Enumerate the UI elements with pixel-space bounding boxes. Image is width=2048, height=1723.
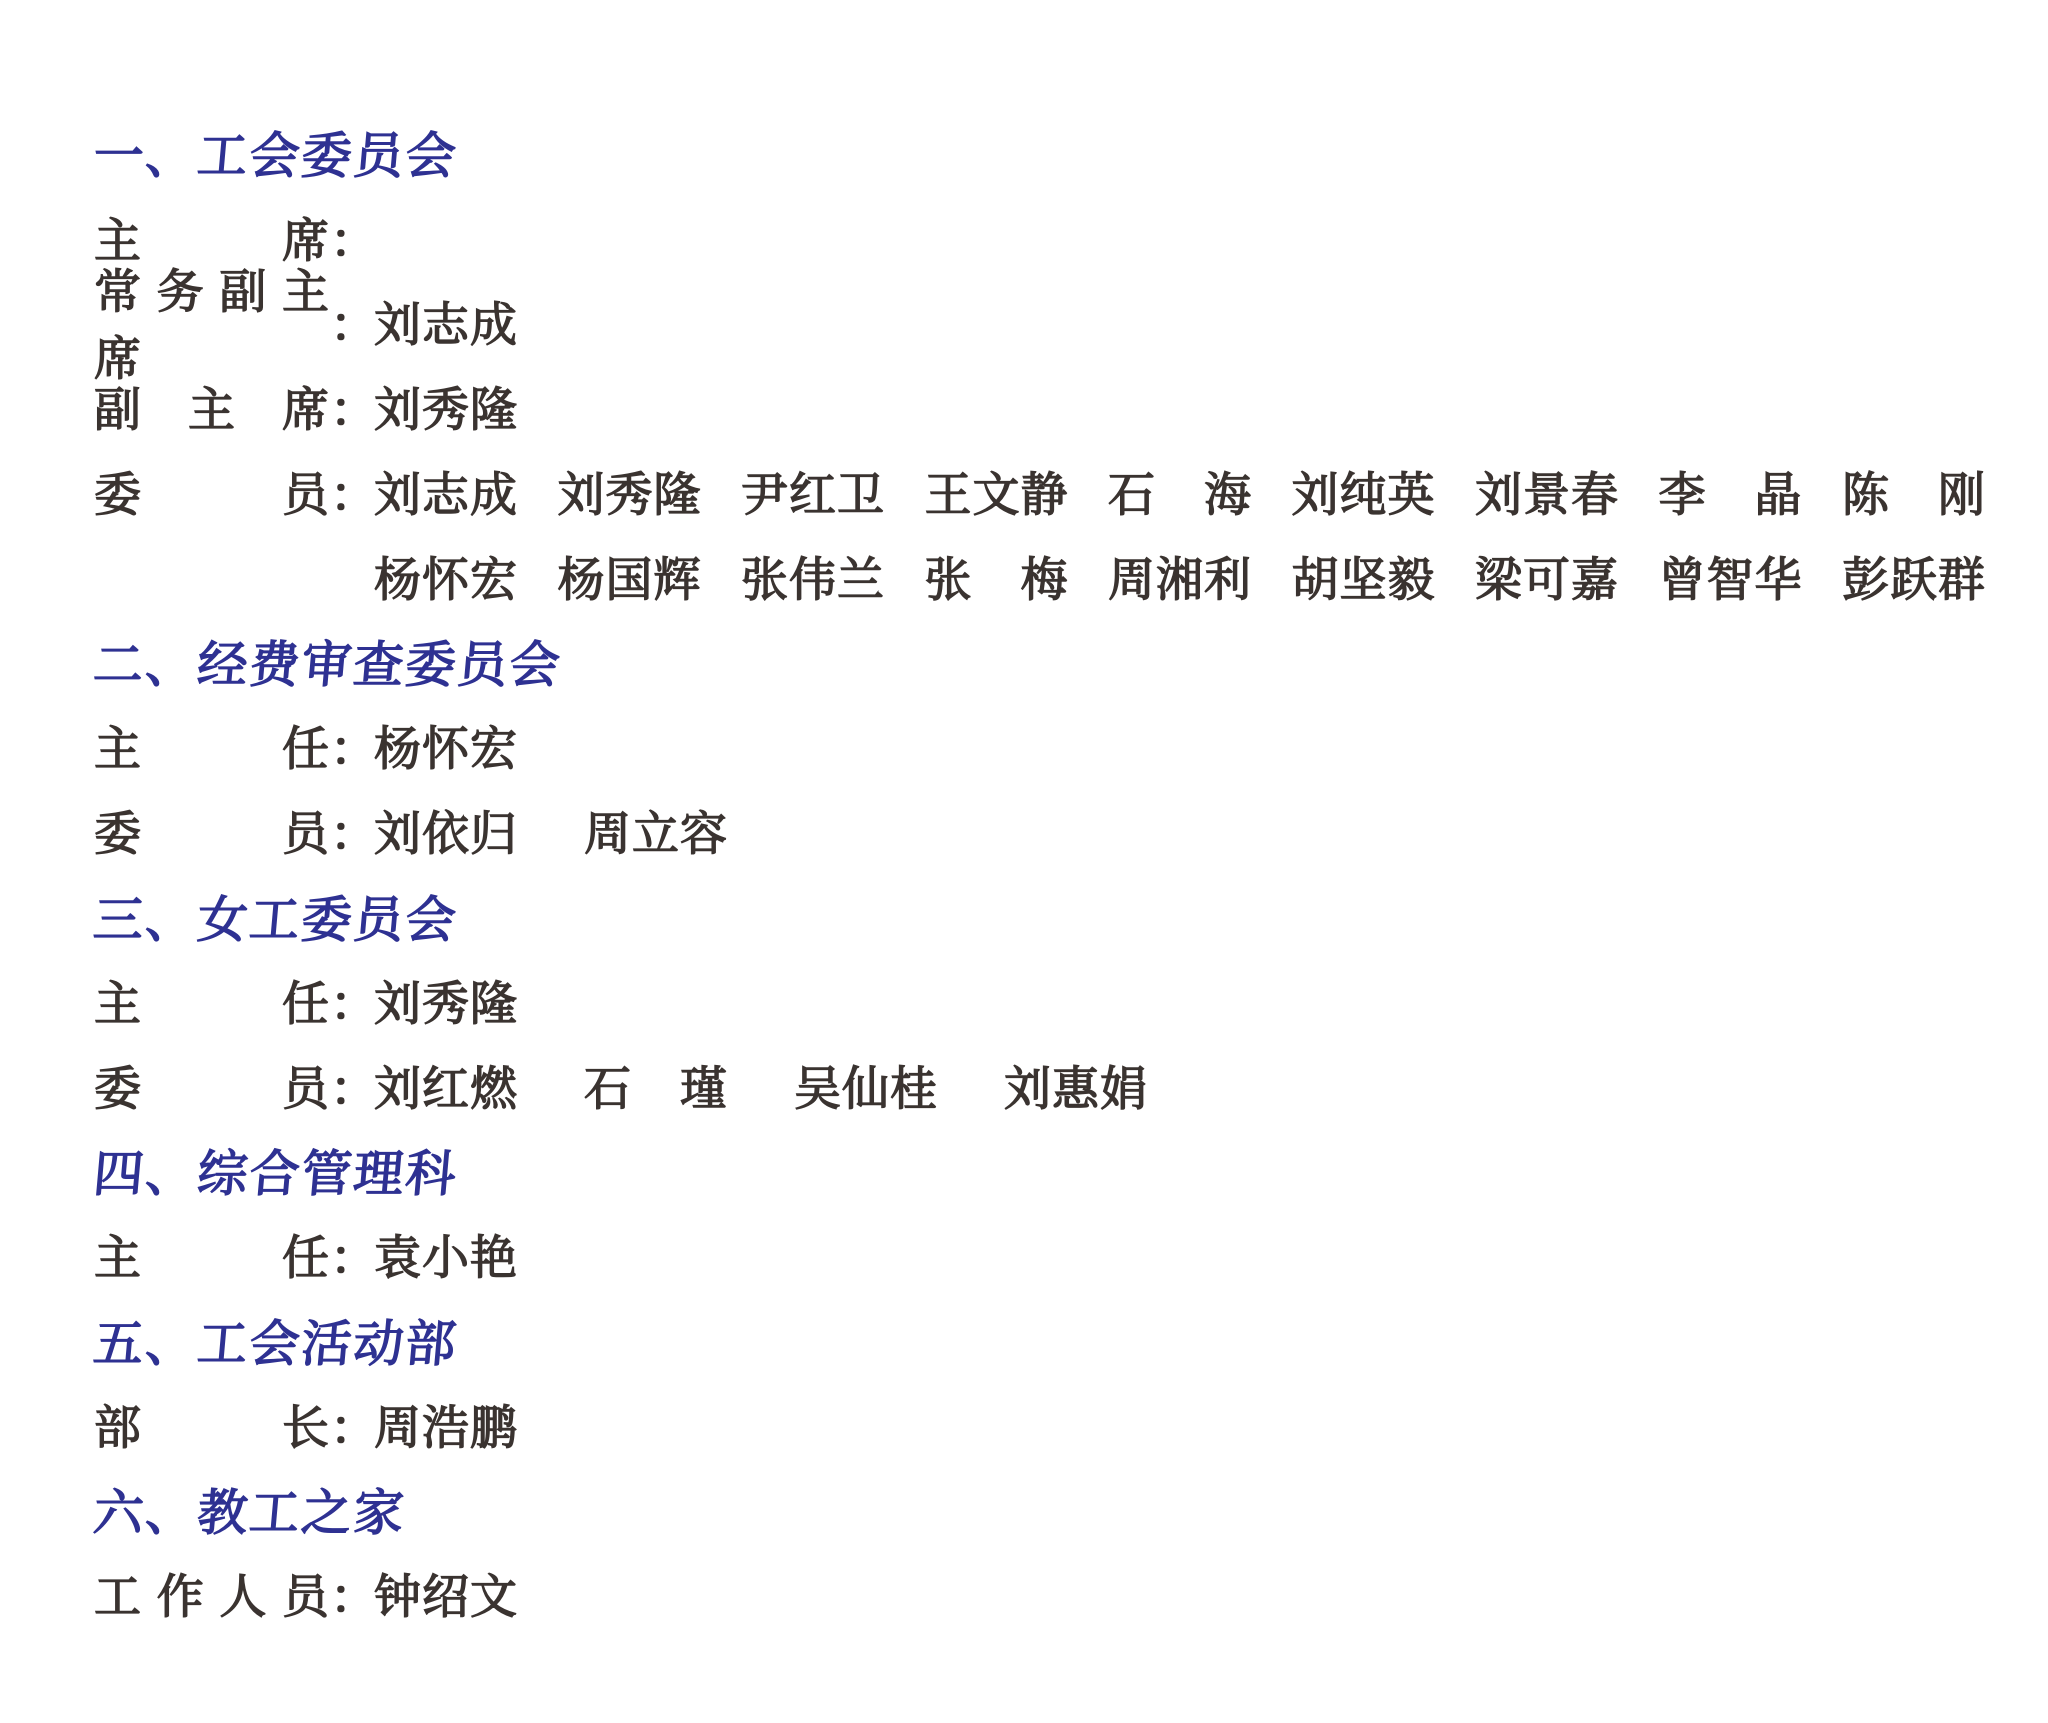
roster-row: 主席 ： xyxy=(94,195,2048,280)
colon: ： xyxy=(330,373,374,440)
person-name: 刘红燃 xyxy=(374,1052,518,1119)
person-name: 石 海 xyxy=(1108,458,1252,525)
roster-row: 部长 ： 周浩鹏 xyxy=(94,1382,2048,1467)
name-list: 刘依归 周立容 xyxy=(374,797,728,864)
person-name: 周立容 xyxy=(584,797,728,864)
colon: ： xyxy=(330,712,374,779)
section-heading: 六、教工之家 xyxy=(91,1473,409,1545)
section-heading-row: 四、综合管理科 xyxy=(94,1128,2048,1213)
section-heading: 一、工会委员会 xyxy=(91,116,461,188)
document-page: 一、工会委员会 主席 ： 常务副主席 ： 刘志成 副主席 ： 刘秀隆 委员 ： … xyxy=(0,0,2048,1723)
colon: ： xyxy=(330,1221,374,1288)
section-heading: 五、工会活动部 xyxy=(91,1304,461,1376)
person-name: 胡坚毅 xyxy=(1292,543,1436,610)
person-name: 刘志成 xyxy=(374,458,518,525)
person-name: 李 晶 xyxy=(1659,458,1803,525)
section-heading-row: 一、工会委员会 xyxy=(94,110,2048,195)
person-name: 杨怀宏 xyxy=(374,712,518,779)
colon: ： xyxy=(330,797,374,864)
person-name: 梁可嘉 xyxy=(1475,543,1619,610)
person-name: 钟绍文 xyxy=(374,1560,518,1627)
section-heading: 四、综合管理科 xyxy=(91,1134,461,1206)
section-heading: 三、女工委员会 xyxy=(91,880,461,952)
roster-row: 主任 ： 袁小艳 xyxy=(94,1212,2048,1297)
person-name: 王文静 xyxy=(925,458,1069,525)
role-label: 工作人员 xyxy=(94,1560,330,1627)
section-heading-row: 三、女工委员会 xyxy=(94,873,2048,958)
colon: ： xyxy=(330,288,374,355)
role-label: 委员 xyxy=(94,458,330,525)
colon: ： xyxy=(330,967,374,1034)
person-name: 吴仙桂 xyxy=(794,1052,938,1119)
colon: ： xyxy=(330,1560,374,1627)
person-name: 杨怀宏 xyxy=(374,543,518,610)
person-name: 刘依归 xyxy=(374,797,518,864)
person-name: 刘秀隆 xyxy=(374,373,518,440)
role-label: 常务副主席 xyxy=(94,255,330,389)
colon: ： xyxy=(330,1391,374,1458)
person-name: 曾智华 xyxy=(1659,543,1803,610)
roster-row: 委员 ： 刘志成 刘秀隆 尹红卫 王文静 石 海 刘纯英 刘景春 李 晶 陈 刚 xyxy=(94,449,2048,534)
name-list: 周浩鹏 xyxy=(374,1391,518,1458)
section-heading-row: 二、经费审查委员会 xyxy=(94,619,2048,704)
person-name: 陈 刚 xyxy=(1842,458,1986,525)
colon: ： xyxy=(330,204,374,271)
person-name: 刘秀隆 xyxy=(374,967,518,1034)
section-heading-row: 六、教工之家 xyxy=(94,1467,2048,1552)
roster-row: 主任 ： 杨怀宏 xyxy=(94,704,2048,789)
person-name: 刘秀隆 xyxy=(558,458,702,525)
person-name: 刘景春 xyxy=(1475,458,1619,525)
name-list: 刘志成 刘秀隆 尹红卫 王文静 石 海 刘纯英 刘景春 李 晶 陈 刚 xyxy=(374,458,1986,525)
roster-row: 委员 ： 刘红燃 石 瑾 吴仙桂 刘惠娟 xyxy=(94,1043,2048,1128)
roster-row: ： 杨怀宏 杨国辉 张伟兰 张 梅 周湘利 胡坚毅 梁可嘉 曾智华 彭跃群 xyxy=(94,534,2048,619)
section-heading-row: 五、工会活动部 xyxy=(94,1297,2048,1382)
roster-row: 工作人员 ： 钟绍文 xyxy=(94,1552,2048,1637)
colon: ： xyxy=(330,1052,374,1119)
person-name: 周湘利 xyxy=(1108,543,1252,610)
name-list: 袁小艳 xyxy=(374,1221,518,1288)
name-list: 刘秀隆 xyxy=(374,967,518,1034)
role-label: 主任 xyxy=(94,1221,330,1288)
name-list: 杨怀宏 xyxy=(374,712,518,779)
name-list: 杨怀宏 杨国辉 张伟兰 张 梅 周湘利 胡坚毅 梁可嘉 曾智华 彭跃群 xyxy=(374,543,1986,610)
union-roster: 一、工会委员会 主席 ： 常务副主席 ： 刘志成 副主席 ： 刘秀隆 委员 ： … xyxy=(0,0,2048,1636)
person-name: 袁小艳 xyxy=(374,1221,518,1288)
person-name: 刘志成 xyxy=(374,288,518,355)
person-name: 杨国辉 xyxy=(558,543,702,610)
role-label: 副主席 xyxy=(94,373,330,440)
role-label: 委员 xyxy=(94,1052,330,1119)
roster-row: 常务副主席 ： 刘志成 xyxy=(94,280,2048,365)
person-name: 张伟兰 xyxy=(741,543,885,610)
person-name: 彭跃群 xyxy=(1842,543,1986,610)
roster-row: 主任 ： 刘秀隆 xyxy=(94,958,2048,1043)
role-label: 委员 xyxy=(94,797,330,864)
role-label: 主任 xyxy=(94,967,330,1034)
person-name: 刘纯英 xyxy=(1292,458,1436,525)
name-list: 刘秀隆 xyxy=(374,373,518,440)
role-label: 主任 xyxy=(94,712,330,779)
name-list: 刘志成 xyxy=(374,288,518,355)
roster-row: 委员 ： 刘依归 周立容 xyxy=(94,788,2048,873)
person-name: 刘惠娟 xyxy=(1004,1052,1148,1119)
roster-row: 副主席 ： 刘秀隆 xyxy=(94,364,2048,449)
name-list: 钟绍文 xyxy=(374,1560,518,1627)
person-name: 张 梅 xyxy=(925,543,1069,610)
role-label: 部长 xyxy=(94,1391,330,1458)
name-list: 刘红燃 石 瑾 吴仙桂 刘惠娟 xyxy=(374,1052,1148,1119)
person-name: 周浩鹏 xyxy=(374,1391,518,1458)
colon: ： xyxy=(330,458,374,525)
person-name: 石 瑾 xyxy=(584,1052,728,1119)
person-name: 尹红卫 xyxy=(741,458,885,525)
section-heading: 二、经费审查委员会 xyxy=(91,625,565,697)
